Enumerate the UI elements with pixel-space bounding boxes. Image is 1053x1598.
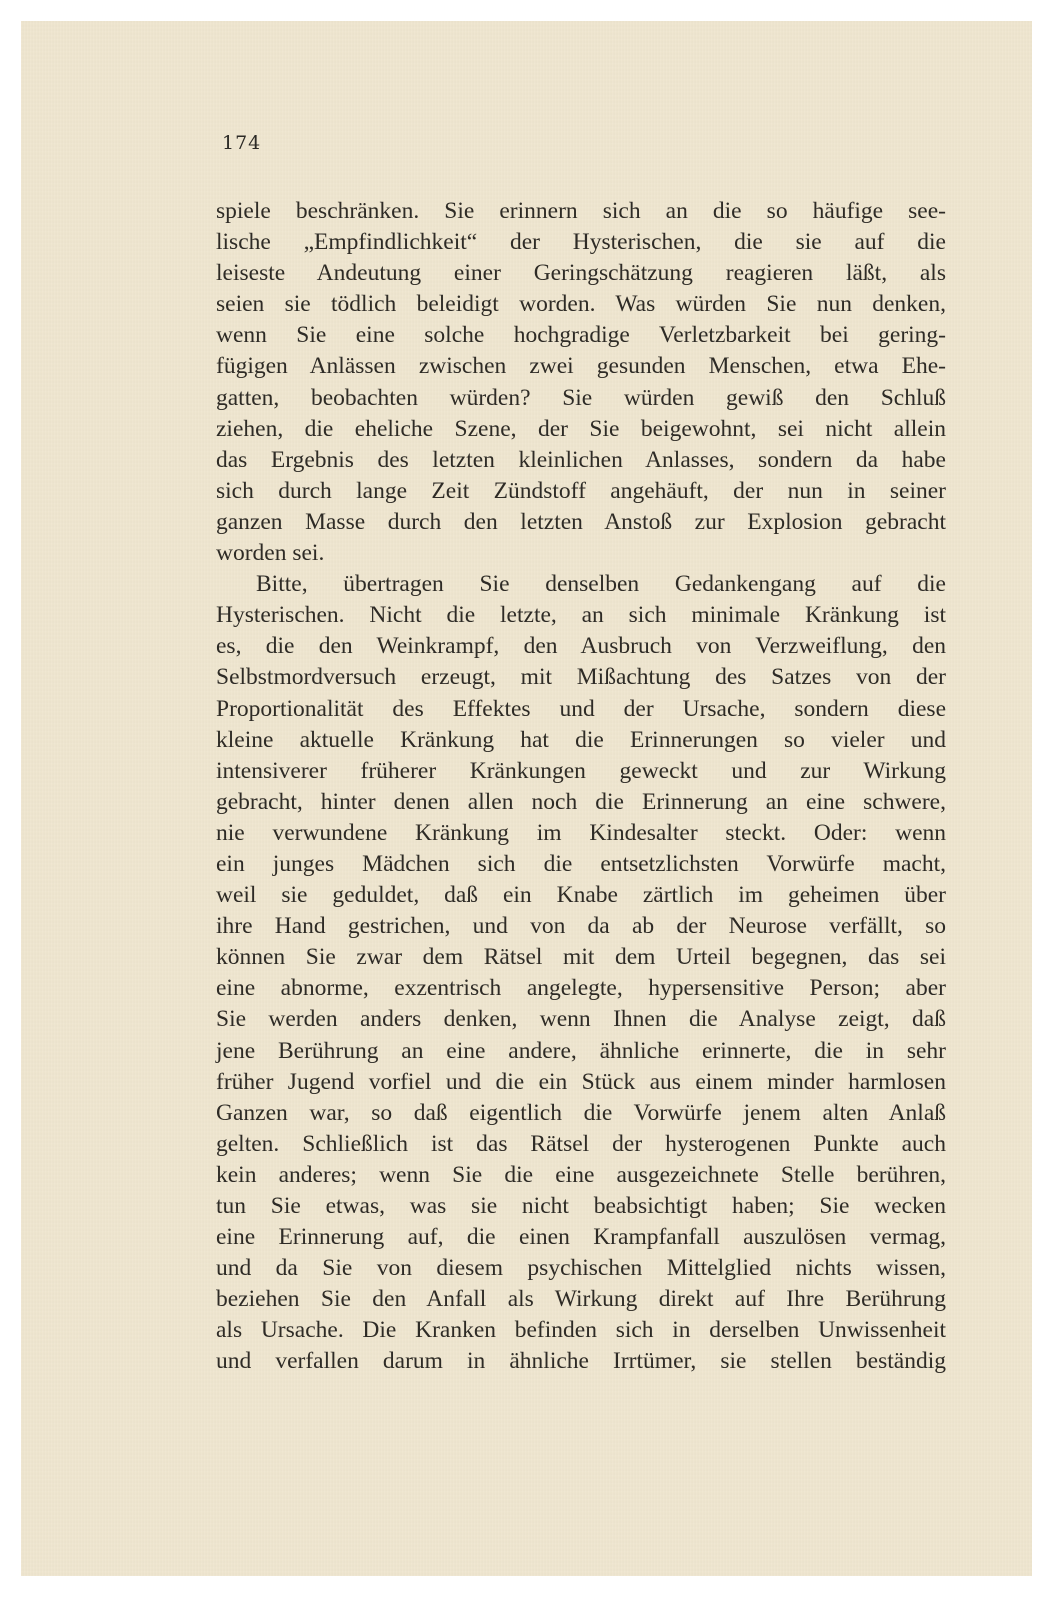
text-line: früher Jugend vorfiel und die ein Stück … — [216, 1067, 946, 1098]
text-line: das Ergebnis des letzten kleinlichen Anl… — [216, 445, 946, 476]
text-line: Sie werden anders denken, wenn Ihnen die… — [216, 1004, 946, 1035]
text-line: ganzen Masse durch den letzten Anstoß zu… — [216, 507, 946, 538]
paragraph-2: Bitte, übertragen Sie denselben Gedanken… — [216, 569, 946, 1377]
text-line: ihre Hand gestrichen, und von da ab der … — [216, 911, 946, 942]
book-page: 174 spiele beschränken. Sie erinnern sic… — [21, 21, 1032, 1576]
text-line: tun Sie etwas, was sie nicht beabsichtig… — [216, 1191, 946, 1222]
text-line: weil sie geduldet, daß ein Knabe zärtlic… — [216, 880, 946, 911]
text-line: und da Sie von diesem psychischen Mittel… — [216, 1253, 946, 1284]
text-line: seien sie tödlich beleidigt worden. Was … — [216, 289, 946, 320]
text-line: leiseste Andeutung einer Geringschätzung… — [216, 258, 946, 289]
text-line: können Sie zwar dem Rätsel mit dem Urtei… — [216, 942, 946, 973]
text-line: gebracht, hinter denen allen noch die Er… — [216, 787, 946, 818]
text-line: nie verwundene Kränkung im Kindesalter s… — [216, 818, 946, 849]
text-line: fügigen Anlässen zwischen zwei gesunden … — [216, 351, 946, 382]
text-line: intensiverer früherer Kränkungen geweckt… — [216, 756, 946, 787]
text-line: kein anderes; wenn Sie die eine ausgezei… — [216, 1160, 946, 1191]
text-line: Hysterischen. Nicht die letzte, an sich … — [216, 600, 946, 631]
text-line: wenn Sie eine solche hochgradige Verletz… — [216, 320, 946, 351]
text-line: es, die den Weinkrampf, den Ausbruch von… — [216, 631, 946, 662]
text-line: beziehen Sie den Anfall als Wirkung dire… — [216, 1284, 946, 1315]
text-line: Ganzen war, so daß eigentlich die Vorwür… — [216, 1098, 946, 1129]
text-line: gatten, beobachten würden? Sie würden ge… — [216, 383, 946, 414]
text-line: Proportionalität des Effektes und der Ur… — [216, 694, 946, 725]
text-line: kleine aktuelle Kränkung hat die Erinner… — [216, 725, 946, 756]
text-line: ein junges Mädchen sich die entsetzlichs… — [216, 849, 946, 880]
text-line: eine Erinnerung auf, die einen Krampfanf… — [216, 1222, 946, 1253]
text-line: lische „Empfindlichkeit“ der Hysterische… — [216, 227, 946, 258]
paragraph-1: spiele beschränken. Sie erinnern sich an… — [216, 196, 946, 569]
text-line: Bitte, übertragen Sie denselben Gedanken… — [216, 569, 946, 600]
text-line: gelten. Schließlich ist das Rätsel der h… — [216, 1129, 946, 1160]
text-line: eine abnorme, exzentrisch angelegte, hyp… — [216, 973, 946, 1004]
page-number: 174 — [222, 132, 261, 154]
text-line: sich durch lange Zeit Zündstoff angehäuf… — [216, 476, 946, 507]
body-text: spiele beschränken. Sie erinnern sich an… — [216, 196, 946, 1378]
text-line: jene Berührung an eine andere, ähnliche … — [216, 1036, 946, 1067]
text-line: und verfallen darum in ähnliche Irrtümer… — [216, 1346, 946, 1377]
text-line: worden sei. — [216, 538, 946, 569]
text-line: als Ursache. Die Kranken befinden sich i… — [216, 1315, 946, 1346]
text-line: ziehen, die eheliche Szene, der Sie beig… — [216, 414, 946, 445]
text-line: Selbstmordversuch erzeugt, mit Mißachtun… — [216, 662, 946, 693]
text-line: spiele beschränken. Sie erinnern sich an… — [216, 196, 946, 227]
